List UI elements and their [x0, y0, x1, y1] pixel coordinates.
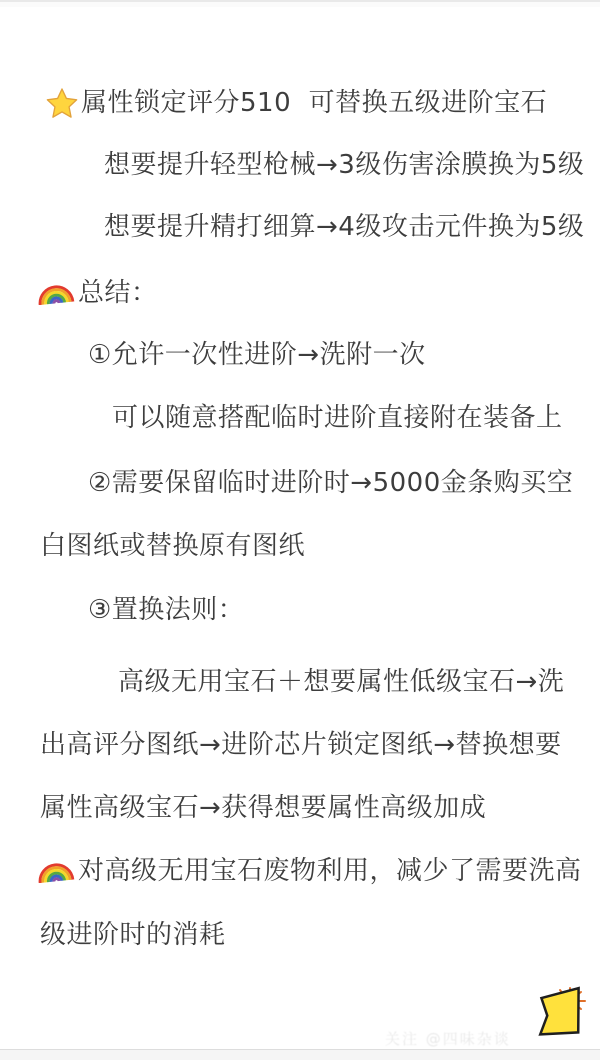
- logo-banner: [536, 988, 583, 1036]
- text-line: ②需要保留临时进阶时→5000金条购买空: [88, 467, 573, 499]
- rainbow-icon: [38, 281, 75, 305]
- text-line: 属性高级宝石→获得想要属性高级加成: [40, 792, 486, 824]
- text-line: ①允许一次性进阶→洗附一次: [88, 339, 426, 371]
- text-line: ③置换法则：: [88, 594, 244, 626]
- line-text: 总结：: [78, 277, 158, 309]
- line-text: 属性锁定评分510 可替换五级进阶宝石: [81, 87, 547, 119]
- line-text: 高级无用宝石＋想要属性低级宝石→洗: [118, 666, 564, 698]
- line-text: 对高级无用宝石废物利用，减少了需要洗高: [78, 855, 582, 887]
- line-text: 属性高级宝石→获得想要属性高级加成: [40, 792, 486, 824]
- line-text: 白图纸或替换原有图纸: [40, 530, 305, 562]
- watermark: 关注 @四味杂谈: [0, 985, 600, 1049]
- line-text: 级进阶时的消耗: [40, 919, 226, 951]
- text-line: 想要提升精打细算→4级攻击元件换为5级: [104, 211, 584, 243]
- text-line: 想要提升轻型枪械→3级伤害涂膜换为5级: [104, 149, 584, 181]
- rainbow-icon: [38, 859, 75, 883]
- text-line: 可以随意搭配临时进阶直接附在装备上: [112, 402, 563, 434]
- text-line: 级进阶时的消耗: [40, 919, 226, 951]
- line-text: 出高评分图纸→进阶芯片锁定图纸→替换想要: [40, 729, 562, 761]
- top-divider: [0, 0, 600, 7]
- line-text: ①允许一次性进阶→洗附一次: [88, 339, 426, 371]
- text-line: 总结：: [38, 277, 158, 309]
- text-line: 白图纸或替换原有图纸: [40, 530, 305, 562]
- logo-18183: [478, 985, 590, 1049]
- line-text: 可以随意搭配临时进阶直接附在装备上: [112, 402, 563, 434]
- bottom-divider: [0, 1049, 600, 1060]
- line-text: ③置换法则：: [88, 594, 244, 626]
- line-text: ②需要保留临时进阶时→5000金条购买空: [88, 467, 573, 499]
- text-line: 对高级无用宝石废物利用，减少了需要洗高: [38, 855, 582, 887]
- text-line: 出高评分图纸→进阶芯片锁定图纸→替换想要: [40, 729, 562, 761]
- text-line: 属性锁定评分510 可替换五级进阶宝石: [46, 87, 547, 119]
- star-icon: [46, 87, 78, 119]
- line-text: 想要提升精打细算→4级攻击元件换为5级: [104, 211, 584, 243]
- text-line: 高级无用宝石＋想要属性低级宝石→洗: [118, 666, 564, 698]
- line-text: 想要提升轻型枪械→3级伤害涂膜换为5级: [104, 149, 584, 181]
